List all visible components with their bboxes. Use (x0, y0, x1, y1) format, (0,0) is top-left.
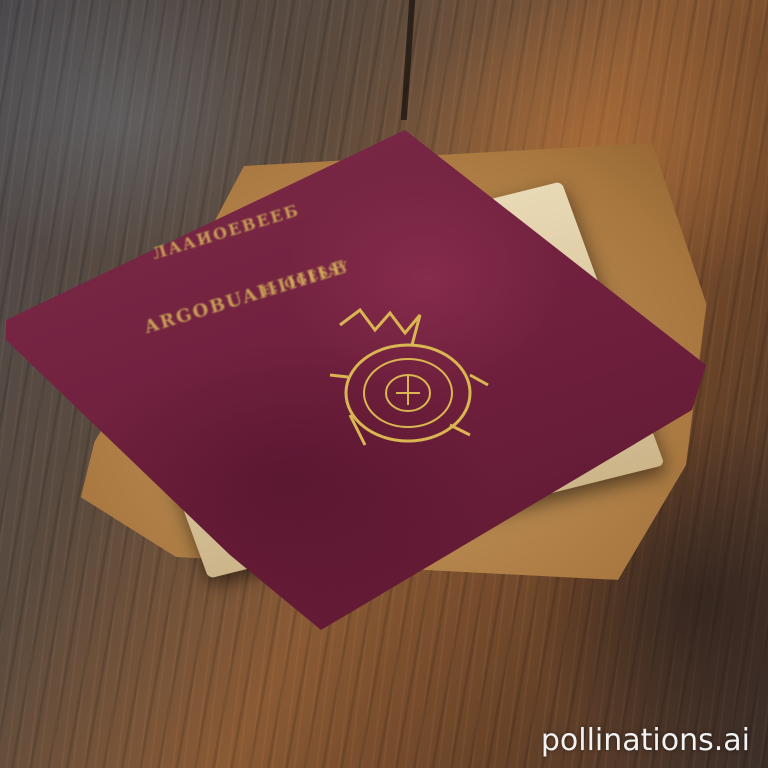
photo-scene: ЛААИОЕВЕЕБ ARGOBUAIIIIIILE E: OGESSY pol… (0, 0, 768, 768)
gold-emblem-icon (320, 305, 490, 450)
watermark-text: pollinations.ai (541, 723, 750, 758)
